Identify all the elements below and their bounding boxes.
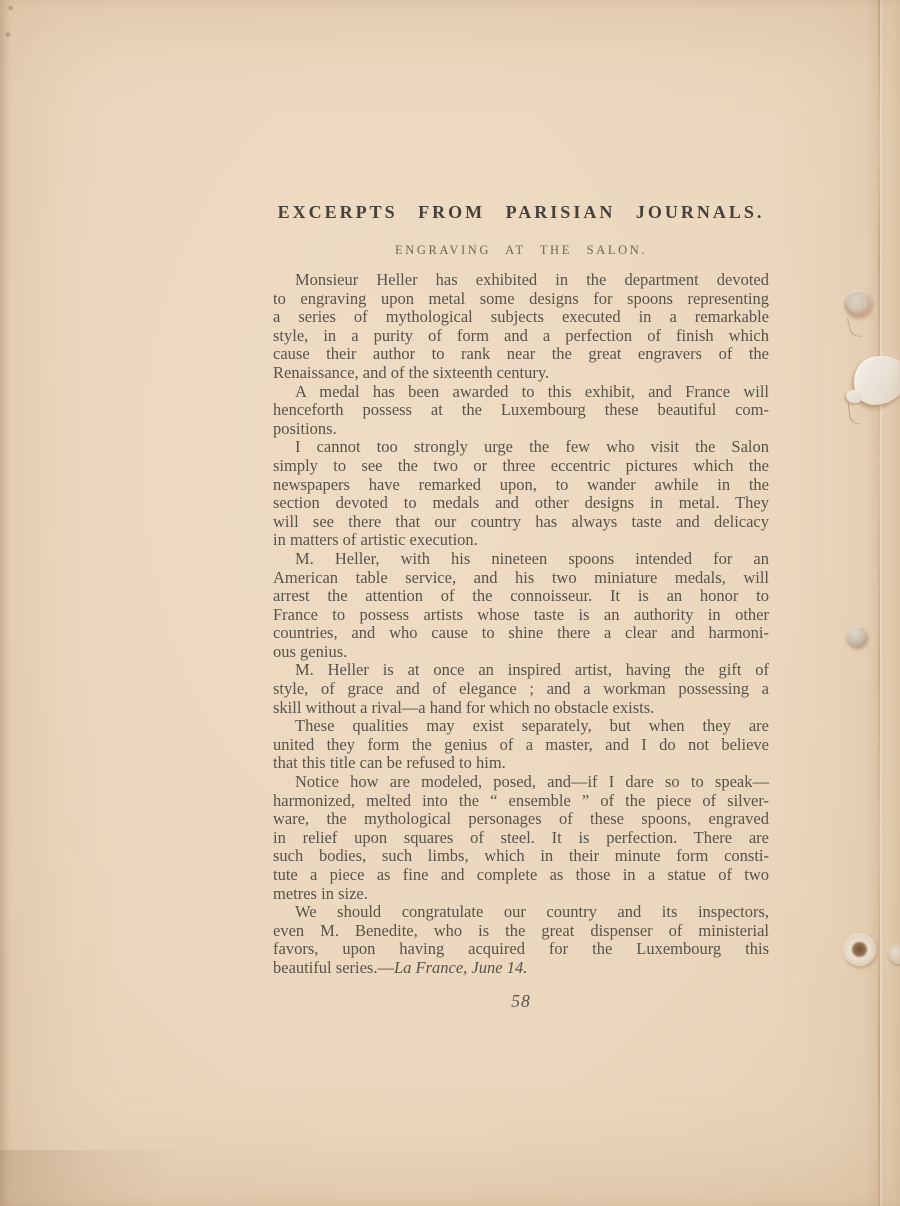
text-line: newspapers have remarked upon, to wander… bbox=[273, 476, 769, 495]
text-segment: beautiful series.— bbox=[273, 958, 394, 977]
paragraph: We should congratulate our country and i… bbox=[273, 903, 769, 977]
paper-speck bbox=[6, 32, 10, 37]
text-line: Monsieur Heller has exhibited in the dep… bbox=[273, 271, 769, 290]
article-body: Monsieur Heller has exhibited in the dep… bbox=[273, 271, 769, 978]
binder-stud-middle bbox=[847, 626, 868, 647]
text-line: tute a piece as fine and complete as tho… bbox=[273, 866, 769, 885]
text-line: ous genius. bbox=[273, 643, 769, 662]
text-line: skill without a rival—a hand for which n… bbox=[273, 699, 769, 718]
text-line: simply to see the two or three eccentric… bbox=[273, 457, 769, 476]
paragraph: Monsieur Heller has exhibited in the dep… bbox=[273, 271, 769, 383]
binder-hole-bottom bbox=[843, 933, 876, 966]
text-line: We should congratulate our country and i… bbox=[273, 903, 769, 922]
paper-corner-shadow bbox=[0, 1150, 260, 1206]
paragraph: Notice how are modeled, posed, and—if I … bbox=[273, 773, 769, 903]
text-line: that this title can be refused to him. bbox=[273, 754, 769, 773]
section-subtitle: ENGRAVING AT THE SALON. bbox=[273, 243, 769, 258]
text-line: I cannot too strongly urge the few who v… bbox=[273, 438, 769, 457]
text-line: M. Heller, with his nineteen spoons inte… bbox=[273, 550, 769, 569]
text-line: in matters of artistic execution. bbox=[273, 531, 769, 550]
text-line: section devoted to medals and other desi… bbox=[273, 494, 769, 513]
text-line: harmonized, melted into the “ ensemble ”… bbox=[273, 792, 769, 811]
paragraph: These qualities may exist separately, bu… bbox=[273, 717, 769, 773]
scanned-book-page: { "page": { "title": "EXCERPTS FROM PARI… bbox=[0, 0, 900, 1206]
binder-eyelet-top bbox=[844, 289, 872, 317]
text-line: France to possess artists whose taste is… bbox=[273, 606, 769, 625]
text-line: countries, and who cause to shine there … bbox=[273, 624, 769, 643]
text-line: positions. bbox=[273, 420, 769, 439]
paragraph: M. Heller is at once an inspired artist,… bbox=[273, 661, 769, 717]
text-line: in relief upon squares of steel. It is p… bbox=[273, 829, 769, 848]
text-line: These qualities may exist separately, bu… bbox=[273, 717, 769, 736]
page-title: EXCERPTS FROM PARISIAN JOURNALS. bbox=[273, 202, 769, 223]
text-line: will see there that our country has alwa… bbox=[273, 513, 769, 532]
text-line: favors, upon having acquired for the Lux… bbox=[273, 940, 769, 959]
text-line: cause their author to rank near the grea… bbox=[273, 345, 769, 364]
text-line: style, in a purity of form and a perfect… bbox=[273, 327, 769, 346]
text-line: A medal has been awarded to this exhibit… bbox=[273, 383, 769, 402]
page-number: 58 bbox=[273, 991, 769, 1012]
text-line: American table service, and his two mini… bbox=[273, 569, 769, 588]
citation-italic: La France, June 14. bbox=[394, 958, 527, 977]
text-line: arrest the attention of the connoisseur.… bbox=[273, 587, 769, 606]
binding-crease-shadow bbox=[866, 0, 878, 1206]
binder-eyelet-scratch bbox=[847, 316, 862, 339]
text-line: Renaissance, and of the sixteenth centur… bbox=[273, 364, 769, 383]
paragraph: I cannot too strongly urge the few who v… bbox=[273, 438, 769, 550]
text-line: a series of mythological subjects execut… bbox=[273, 308, 769, 327]
text-line: to engraving upon metal some designs for… bbox=[273, 290, 769, 309]
text-line: Notice how are modeled, posed, and—if I … bbox=[273, 773, 769, 792]
paper-left-edge-shade bbox=[0, 0, 10, 1206]
text-line: even M. Benedite, who is the great dispe… bbox=[273, 922, 769, 941]
text-line: style, of grace and of elegance ; and a … bbox=[273, 680, 769, 699]
text-line: ware, the mythological personages of the… bbox=[273, 810, 769, 829]
text-line: united they form the genius of a master,… bbox=[273, 736, 769, 755]
paragraph: M. Heller, with his nineteen spoons inte… bbox=[273, 550, 769, 662]
text-line: henceforth possess at the Luxembourg the… bbox=[273, 401, 769, 420]
text-line: metres in size. bbox=[273, 885, 769, 904]
text-line: such bodies, such limbs, which in their … bbox=[273, 847, 769, 866]
paper-tear-scratch bbox=[847, 401, 860, 425]
paper-speck bbox=[8, 6, 13, 10]
text-line: M. Heller is at once an inspired artist,… bbox=[273, 661, 769, 680]
paragraph: A medal has been awarded to this exhibit… bbox=[273, 383, 769, 439]
binder-hole-edge-fragment bbox=[889, 944, 900, 964]
text-line: beautiful series.—La France, June 14. bbox=[273, 959, 769, 978]
binding-crease-highlight bbox=[880, 0, 882, 1206]
